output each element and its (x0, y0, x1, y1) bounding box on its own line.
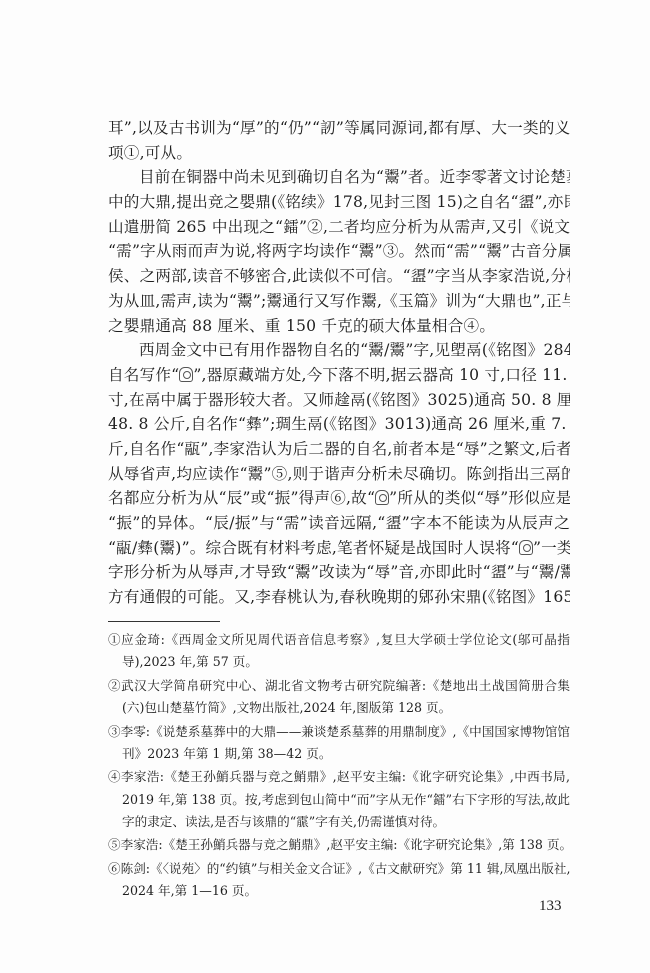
body-line: 中的大鼎,提出竞之嬰鼎(《铭续》178,见封三图 15)之自名“盨”,亦即包 (108, 190, 570, 215)
body-line: 自名写作“”,器原藏端方处,今下落不明,据云器高 10 寸,口径 11. 6 (108, 363, 570, 388)
ancient-glyph-icon (519, 540, 533, 555)
body-text-segment: 名都应分析为从“辰”或“振”得声⑥,故“ (108, 489, 375, 507)
body-line: 西周金文中已有用作器物自名的“鬻/鬻”字,见塱鬲(《铭图》2847), (108, 338, 570, 363)
body-line: 名都应分析为从“辰”或“振”得声⑥,故“”所从的类似“辱”形似应是 (108, 486, 570, 511)
footnote-line: ④李家浩:《楚王孙鮹兵器与竞之鮹鼎》,赵平安主编:《讹字研究论集》,中西书局, (108, 766, 570, 788)
body-text-segment: “䰛/彝(鬻)”。综合既有材料考虑,笔者怀疑是战国时人误将“ (108, 539, 519, 557)
body-line: 从辱省声,均应读作“鬻”⑤,则于谐声分析未尽确切。陈剑指出三鬲的自 (108, 462, 570, 487)
footnote-line: 字的隶定、读法,是否与该鼎的“霢”字有关,仍需谨慎对待。 (108, 811, 570, 833)
book-page: 耳”,以及古书训为“厚”的“仍”“訒”等属同源词,都有厚、大一类的义项①,可从。… (0, 0, 650, 973)
ancient-glyph-icon (179, 367, 193, 382)
footnote-line: ②武汉大学简帛研究中心、湖北省文物考古研究院编著:《楚地出土战国简册合集 (108, 675, 570, 697)
body-line: 斤,自名作“䰛”,李家浩认为后二器的自名,前者本是“辱”之繁文,后者 (108, 437, 570, 462)
footnote-line: 导),2023 年,第 57 页。 (108, 651, 570, 673)
footnote-3: ③李零:《说楚系墓葬中的大鼎——兼谈楚系墓葬的用鼎制度》,《中国国家博物馆馆刊》… (108, 721, 570, 766)
body-text-segment: ”,器原藏端方处,今下落不明,据云器高 10 寸,口径 11. 6 (193, 366, 570, 384)
body-text-segment: 自名写作“ (108, 366, 179, 384)
footnote-line: 2024 年,第 1—16 页。 (108, 880, 570, 902)
footnote-4: ④李家浩:《楚王孙鮹兵器与竞之鮹鼎》,赵平安主编:《讹字研究论集》,中西书局,2… (108, 766, 570, 833)
body-line: “振”的异体。“辰/振”与“需”读音远隔,“盨”字本不能读为从辰声之 (108, 511, 570, 536)
body-line: 寸,在鬲中属于器形较大者。又师趛鬲(《铭图》3025)通高 50. 8 厘米,重 (108, 388, 570, 413)
footnote-line: ⑥陈剑:《〈说苑〉的“约镇”与相关金文合证》,《古文献研究》第 11 辑,凤凰出… (108, 858, 570, 880)
page-number: 133 (539, 898, 562, 915)
body-line: 字形分析为从辱声,才导致“鬻”改读为“辱”音,亦即此时“盨”与“鬻/鬻” (108, 560, 570, 585)
body-line: 目前在铜器中尚未见到确切自名为“鬻”者。近李零著文讨论楚墓 (108, 165, 570, 190)
footnote-5: ⑤李家浩:《楚王孙鮹兵器与竞之鮹鼎》,赵平安主编:《讹字研究论集》,第 138 … (108, 834, 570, 856)
body-line: 项①,可从。 (108, 141, 570, 166)
body-line: 之嬰鼎通高 88 厘米、重 150 千克的硕大体量相合④。 (108, 314, 570, 339)
body-line: 方有通假的可能。又,李春桃认为,春秋晚期的郳孙宋鼎(《铭图》1658, (108, 585, 570, 610)
footnote-line: 2019 年,第 138 页。按,考虑到包山简中“而”字从无作“鐳”右下字形的写… (108, 789, 570, 811)
footnotes: ①应金琦:《西周金文所见周代语音信息考察》,复旦大学硕士学位论文(邬可晶指导),… (108, 629, 570, 904)
body-line: “需”字从雨而声为说,将两字均读作“鬻”③。然而“需”“鬻”古音分属 (108, 239, 570, 264)
body-line: 为从皿,需声,读为“鬻”;鬻通行又写作鬻,《玉篇》训为“大鼎也”,正与竞 (108, 289, 570, 314)
body-line: 48. 8 公斤,自名作“彝”;琱生鬲(《铭图》3013)通高 26 厘米,重 … (108, 412, 570, 437)
footnote-6: ⑥陈剑:《〈说苑〉的“约镇”与相关金文合证》,《古文献研究》第 11 辑,凤凰出… (108, 858, 570, 903)
footnote-separator (108, 621, 220, 622)
footnote-2: ②武汉大学简帛研究中心、湖北省文物考古研究院编著:《楚地出土战国简册合集(六)包… (108, 675, 570, 720)
body-line: 山遣册简 265 中出现之“鐳”②,二者均应分析为从需声,又引《说文》 (108, 215, 570, 240)
footnote-line: ③李零:《说楚系墓葬中的大鼎——兼谈楚系墓葬的用鼎制度》,《中国国家博物馆馆 (108, 721, 570, 743)
footnote-1: ①应金琦:《西周金文所见周代语音信息考察》,复旦大学硕士学位论文(邬可晶指导),… (108, 629, 570, 674)
body-text-segment: ”一类 (533, 539, 570, 557)
footnote-line: ①应金琦:《西周金文所见周代语音信息考察》,复旦大学硕士学位论文(邬可晶指 (108, 629, 570, 651)
body-line: 耳”,以及古书训为“厚”的“仍”“訒”等属同源词,都有厚、大一类的义 (108, 116, 570, 141)
body-line: “䰛/彝(鬻)”。综合既有材料考虑,笔者怀疑是战国时人误将“”一类 (108, 536, 570, 561)
main-body-text: 耳”,以及古书训为“厚”的“仍”“訒”等属同源词,都有厚、大一类的义项①,可从。… (108, 116, 570, 610)
footnote-line: (六)包山楚墓竹简》,文物出版社,2024 年,图版第 128 页。 (108, 697, 570, 719)
ancient-glyph-icon (375, 490, 389, 505)
body-line: 侯、之两部,读音不够密合,此读似不可信。“盨”字当从李家浩说,分析 (108, 264, 570, 289)
body-text-segment: ”所从的类似“辱”形似应是 (389, 489, 570, 507)
footnote-line: 刊》2023 年第 1 期,第 38—42 页。 (108, 743, 570, 765)
footnote-line: ⑤李家浩:《楚王孙鮹兵器与竞之鮹鼎》,赵平安主编:《讹字研究论集》,第 138 … (108, 834, 570, 856)
